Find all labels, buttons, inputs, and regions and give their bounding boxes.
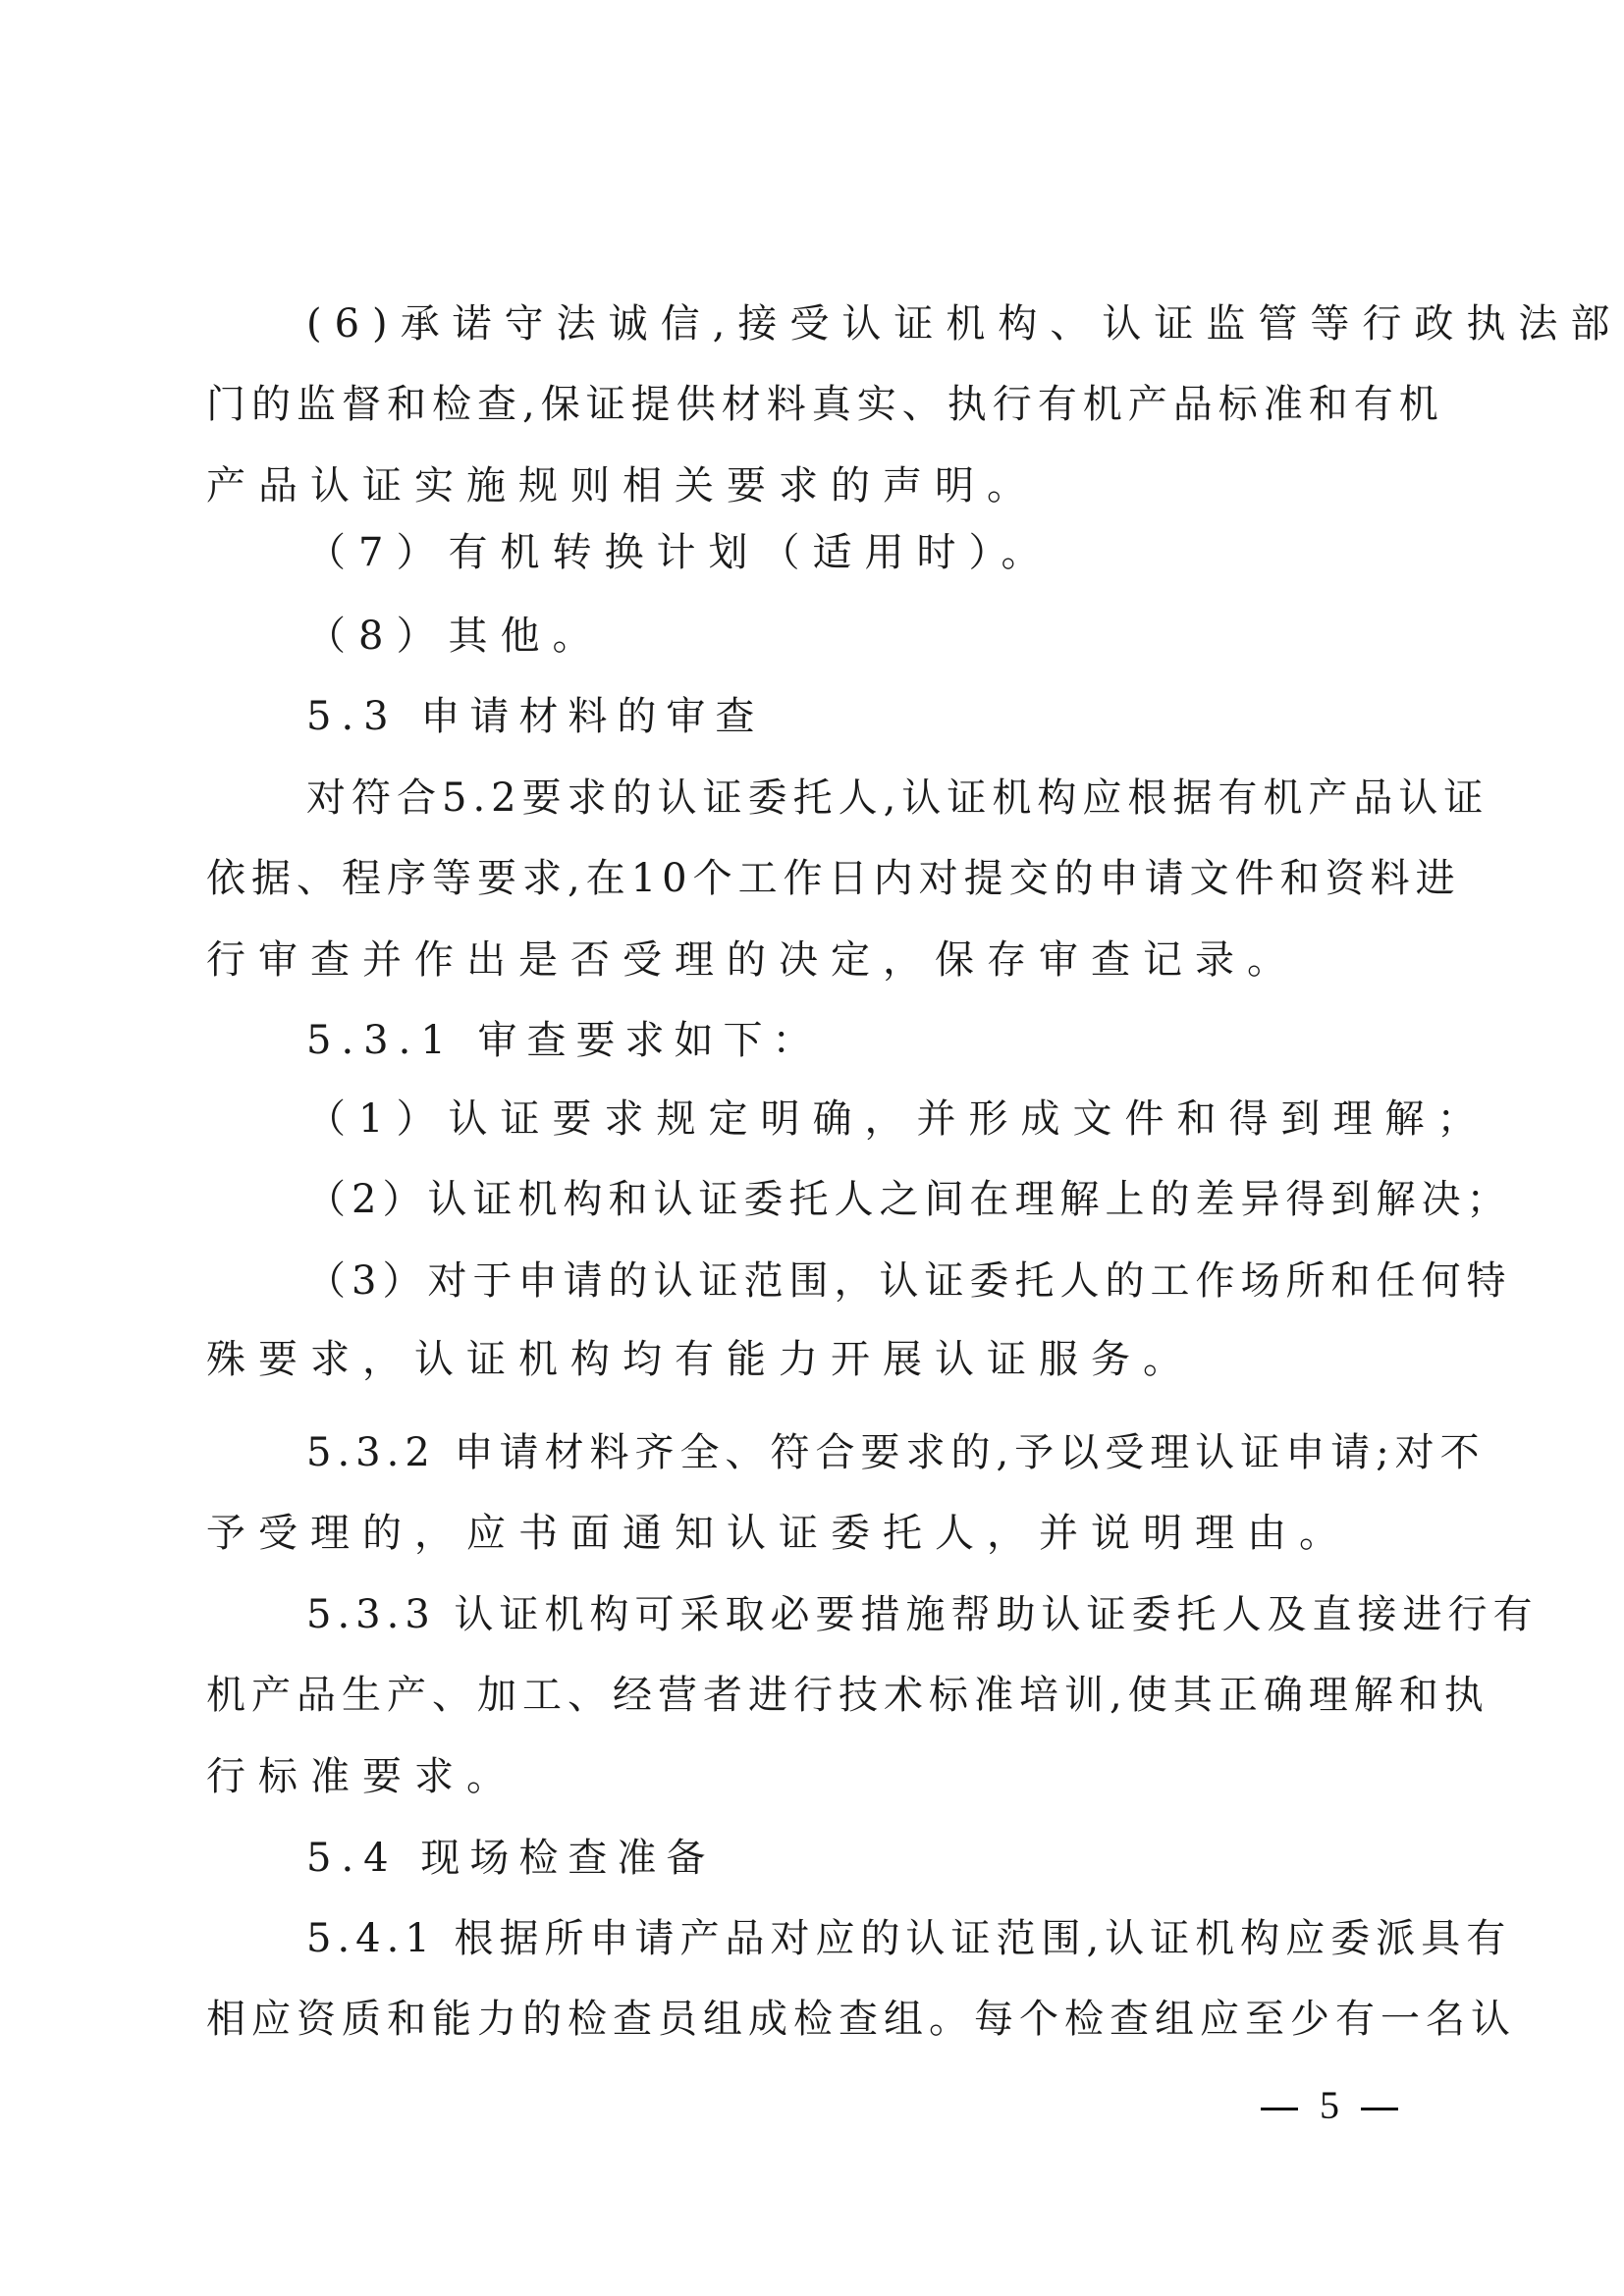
page-number-value: 5 xyxy=(1320,2083,1339,2127)
dash-right xyxy=(1361,2108,1398,2110)
requirement-2: （2）认证机构和认证委托人之间在理解上的差异得到解决； xyxy=(306,1170,1511,1229)
item-8: （8）其他。 xyxy=(306,607,604,666)
item-7: （7）有机转换计划（适用时）。 xyxy=(306,523,1053,582)
requirement-3-line-2: 殊要求，认证机构均有能力开展认证服务。 xyxy=(206,1330,1195,1389)
section-5-3-line-2: 依据、程序等要求,在10个工作日内对提交的申请文件和资料进 xyxy=(206,849,1461,908)
section-5-3-3-line-2: 机产品生产、加工、经营者进行技术标准培训,使其正确理解和执 xyxy=(206,1666,1489,1725)
section-5-3-2-line-1: 5.3.2 申请材料齐全、符合要求的,予以受理认证申请;对不 xyxy=(306,1423,1486,1482)
page-number: 5 xyxy=(1239,2081,1420,2130)
section-5-3-2-line-2: 予受理的，应书面通知认证委托人，并说明理由。 xyxy=(206,1504,1351,1563)
section-5-3-line-1: 对符合5.2要求的认证委托人,认证机构应根据有机产品认证 xyxy=(306,769,1489,828)
requirement-3-line-1: （3）对于申请的认证范围，认证委托人的工作场所和任何特 xyxy=(306,1252,1511,1310)
section-5-3-1-heading: 5.3.1 审查要求如下： xyxy=(306,1011,822,1070)
document-page: (6)承诺守法诚信,接受认证机构、认证监管等行政执法部 门的监督和检查,保证提供… xyxy=(0,0,1624,2296)
section-5-3-3-line-3: 行标准要求。 xyxy=(206,1747,518,1806)
section-5-4-1-line-1: 5.4.1 根据所申请产品对应的认证范围,认证机构应委派具有 xyxy=(306,1909,1511,1968)
paragraph-6-line-1: (6)承诺守法诚信,接受认证机构、认证监管等行政执法部 xyxy=(306,294,1622,353)
section-5-3-3-line-1: 5.3.3 认证机构可采取必要措施帮助认证委托人及直接进行有 xyxy=(306,1585,1539,1644)
section-5-3-heading: 5.3 申请材料的审查 xyxy=(306,687,764,746)
section-5-4-heading: 5.4 现场检查准备 xyxy=(306,1829,715,1888)
dash-left xyxy=(1261,2108,1298,2110)
paragraph-6-line-3: 产品认证实施规则相关要求的声明。 xyxy=(206,456,1039,515)
requirement-1: （1）认证要求规定明确，并形成文件和得到理解； xyxy=(306,1090,1489,1148)
paragraph-6-line-2: 门的监督和检查,保证提供材料真实、执行有机产品标准和有机 xyxy=(206,375,1444,434)
section-5-3-line-3: 行审查并作出是否受理的决定，保存审查记录。 xyxy=(206,931,1299,989)
section-5-4-1-line-2: 相应资质和能力的检查员组成检查组。每个检查组应至少有一名认 xyxy=(206,1990,1516,2049)
